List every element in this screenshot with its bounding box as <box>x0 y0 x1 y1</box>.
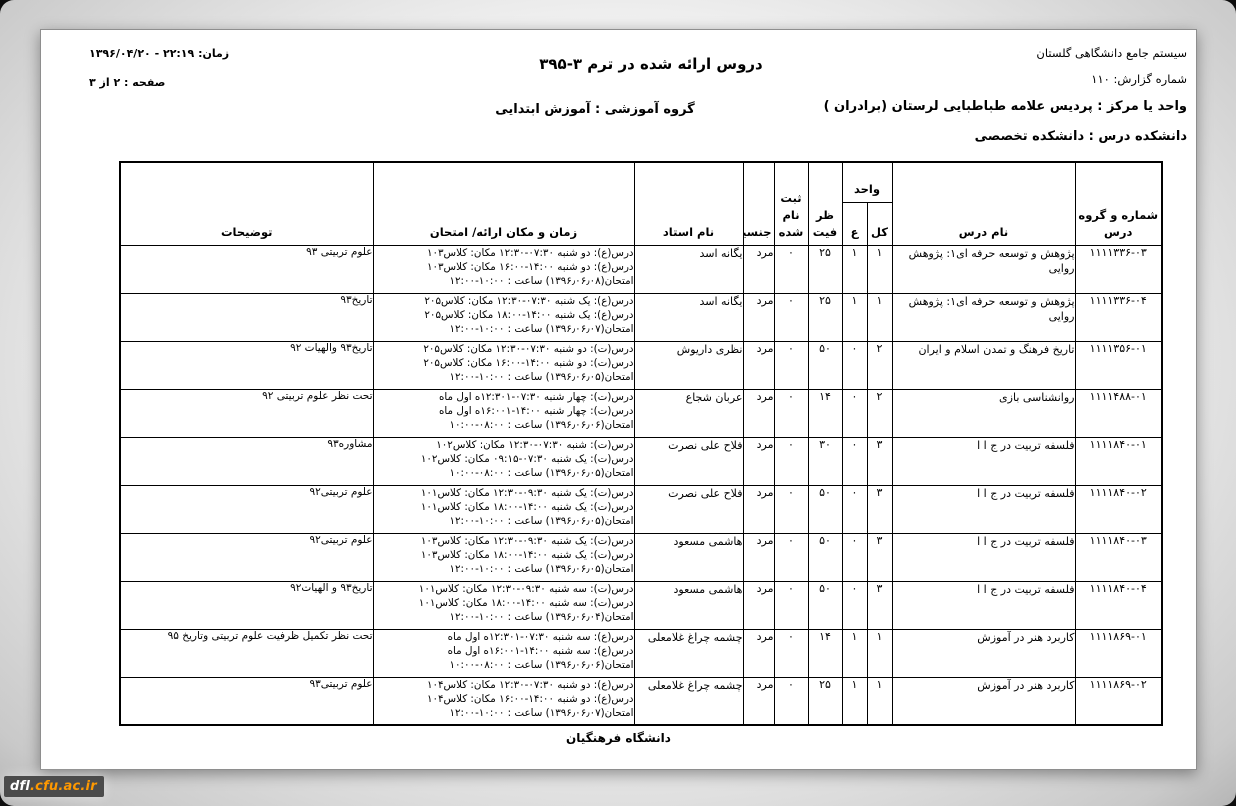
instructor-cell: هاشمی مسعود <box>634 581 743 629</box>
course-number-cell: ۱۱۱۱۸۶۹-۰۲ <box>1075 677 1162 725</box>
report-time: زمان: ۲۲:۱۹ - ۱۳۹۶/۰۴/۲۰ <box>89 47 279 60</box>
course-row: ۱۱۱۱۸۴۰-۰۱فلسفه تربیت در ج ا ا۳۰۳۰۰مردفل… <box>120 437 1162 485</box>
schedule-line: درس(ت): شنبه ۰۷:۳۰-۱۲:۳۰ مکان: کلاس۱۰۲ <box>374 438 634 452</box>
notes-cell: تحت نظر تکمیل ظرفیت علوم تربیتی وتاریخ ۹… <box>120 629 373 677</box>
course-row: ۱۱۱۱۸۶۹-۰۱کاربرد هنر در آموزش۱۱۱۴۰مردچشم… <box>120 629 1162 677</box>
schedule-line: درس(ت): چهار شنبه ۱۴:۰۰-۱۶:۰۰۱ه اول ماه <box>374 404 634 418</box>
course-number-cell: ۱۱۱۱۸۴۰-۰۳ <box>1075 533 1162 581</box>
schedule-line: درس(ع): یک شنبه ۰۷:۳۰-۱۲:۳۰ مکان: کلاس۲۰… <box>374 294 634 308</box>
course-row: ۱۱۱۱۸۴۰-۰۴فلسفه تربیت در ج ا ا۳۰۵۰۰مردها… <box>120 581 1162 629</box>
notes-cell: مشاوره۹۳ <box>120 437 373 485</box>
units-total-cell: ۱ <box>867 293 892 341</box>
registered-cell: ۰ <box>774 629 808 677</box>
units-total-cell: ۳ <box>867 437 892 485</box>
col-header-schedule: زمان و مکان ارائه/ امتحان <box>373 162 634 245</box>
schedule-cell: درس(ع): سه شنبه ۰۷:۳۰-۱۲:۳۰۱ه اول ماهدرس… <box>373 629 634 677</box>
instructor-cell: فلاح علی نصرت <box>634 485 743 533</box>
course-row: ۱۱۱۱۸۴۰-۰۳فلسفه تربیت در ج ا ا۳۰۵۰۰مردها… <box>120 533 1162 581</box>
schedule-line: درس(ع): یک شنبه ۱۴:۰۰-۱۸:۰۰ مکان: کلاس۲۰… <box>374 308 634 322</box>
capacity-cell: ۱۴ <box>808 629 842 677</box>
units-total-cell: ۲ <box>867 341 892 389</box>
instructor-cell: یگانه اسد <box>634 245 743 293</box>
registered-cell: ۰ <box>774 581 808 629</box>
gender-cell: مرد <box>743 677 774 725</box>
instructor-cell: یگانه اسد <box>634 293 743 341</box>
courses-table: شماره و گروه درس نام درس واحد ظر فیت ثبت… <box>119 161 1163 726</box>
notes-cell: علوم تربیتی۹۲ <box>120 533 373 581</box>
schedule-line: امتحان(۱۳۹۶٫۰۶٫۰۵) ساعت : ۱۰:۰۰-۱۲:۰۰ <box>374 562 634 576</box>
course-number-cell: ۱۱۱۱۳۵۶-۰۱ <box>1075 341 1162 389</box>
schedule-cell: درس(ت): چهار شنبه ۰۷:۳۰-۱۲:۳۰۱ه اول ماهد… <box>373 389 634 437</box>
gender-cell: مرد <box>743 629 774 677</box>
schedule-cell: درس(ت): سه شنبه ۰۹:۳۰-۱۲:۳۰ مکان: کلاس۱۰… <box>373 581 634 629</box>
notes-cell: تاریخ۹۳ والهیات ۹۲ <box>120 341 373 389</box>
units-practical-cell: ۱ <box>842 293 867 341</box>
report-title: دروس ارائه شده در ترم ۳-۳۹۵ <box>441 55 861 73</box>
units-practical-cell: ۰ <box>842 533 867 581</box>
units-practical-cell: ۱ <box>842 629 867 677</box>
col-header-registered: ثبت نام شده <box>774 162 808 245</box>
col-header-capacity: ظر فیت <box>808 162 842 245</box>
gender-cell: مرد <box>743 485 774 533</box>
units-total-cell: ۲ <box>867 389 892 437</box>
notes-cell: علوم تربیتی ۹۳ <box>120 245 373 293</box>
course-name-cell: پژوهش و توسعه حرفه ای۱: پژوهش روایی <box>892 245 1075 293</box>
instructor-cell: فلاح علی نصرت <box>634 437 743 485</box>
registered-cell: ۰ <box>774 533 808 581</box>
capacity-cell: ۵۰ <box>808 341 842 389</box>
registered-cell: ۰ <box>774 389 808 437</box>
course-name-cell: فلسفه تربیت در ج ا ا <box>892 485 1075 533</box>
units-practical-cell: ۱ <box>842 677 867 725</box>
schedule-cell: درس(ت): یک شنبه ۰۹:۳۰-۱۲:۳۰ مکان: کلاس۱۰… <box>373 485 634 533</box>
capacity-cell: ۳۰ <box>808 437 842 485</box>
schedule-cell: درس(ت): شنبه ۰۷:۳۰-۱۲:۳۰ مکان: کلاس۱۰۲در… <box>373 437 634 485</box>
units-practical-cell: ۰ <box>842 581 867 629</box>
schedule-line: درس(ت): یک شنبه ۱۴:۰۰-۱۸:۰۰ مکان: کلاس۱۰… <box>374 500 634 514</box>
units-total-cell: ۳ <box>867 581 892 629</box>
system-name: سیستم جامع دانشگاهی گلستان <box>1036 46 1187 60</box>
col-header-units: واحد <box>842 162 892 202</box>
registered-cell: ۰ <box>774 293 808 341</box>
schedule-line: امتحان(۱۳۹۶٫۰۶٫۰۵) ساعت : ۰۸:۰۰-۱۰:۰۰ <box>374 466 634 480</box>
registered-cell: ۰ <box>774 437 808 485</box>
schedule-line: درس(ت): یک شنبه ۰۹:۳۰-۱۲:۳۰ مکان: کلاس۱۰… <box>374 486 634 500</box>
schedule-line: درس(ت): یک شنبه ۰۹:۳۰-۱۲:۳۰ مکان: کلاس۱۰… <box>374 534 634 548</box>
gender-cell: مرد <box>743 245 774 293</box>
capacity-cell: ۲۵ <box>808 293 842 341</box>
capacity-cell: ۲۵ <box>808 245 842 293</box>
schedule-line: امتحان(۱۳۹۶٫۰۶٫۰۶) ساعت : ۰۸:۰۰-۱۰:۰۰ <box>374 658 634 672</box>
col-header-instructor: نام استاد <box>634 162 743 245</box>
schedule-line: درس(ع): دو شنبه ۱۴:۰۰-۱۶:۰۰ مکان: کلاس۱۰… <box>374 692 634 706</box>
report-number: شماره گزارش: ۱۱۰ <box>1091 72 1187 86</box>
education-group: گروه آموزشی : آموزش ابتدایی <box>385 102 805 117</box>
instructor-cell: چشمه چراغ غلامعلی <box>634 629 743 677</box>
col-header-units-total: کل <box>867 202 892 245</box>
schedule-line: درس(ت): دو شنبه ۱۴:۰۰-۱۶:۰۰ مکان: کلاس۲۰… <box>374 356 634 370</box>
units-practical-cell: ۰ <box>842 389 867 437</box>
schedule-cell: درس(ع): دو شنبه ۰۷:۳۰-۱۲:۳۰ مکان: کلاس۱۰… <box>373 677 634 725</box>
registered-cell: ۰ <box>774 677 808 725</box>
schedule-line: درس(ت): چهار شنبه ۰۷:۳۰-۱۲:۳۰۱ه اول ماه <box>374 390 634 404</box>
units-practical-cell: ۰ <box>842 485 867 533</box>
course-name-cell: روانشناسی بازی <box>892 389 1075 437</box>
instructor-cell: هاشمی مسعود <box>634 533 743 581</box>
col-header-course-name: نام درس <box>892 162 1075 245</box>
units-practical-cell: ۱ <box>842 245 867 293</box>
course-number-cell: ۱۱۱۱۸۴۰-۰۴ <box>1075 581 1162 629</box>
university-footer: دانشگاه فرهنگیان <box>41 731 1196 745</box>
course-row: ۱۱۱۱۳۳۶-۰۴پژوهش و توسعه حرفه ای۱: پژوهش … <box>120 293 1162 341</box>
site-watermark-badge: dfl.cfu.ac.ir <box>4 776 104 797</box>
report-page: سیستم جامع دانشگاهی گلستان شماره گزارش: … <box>40 29 1197 770</box>
gender-cell: مرد <box>743 437 774 485</box>
notes-cell: تاریخ۹۳ <box>120 293 373 341</box>
course-number-cell: ۱۱۱۱۳۳۶-۰۴ <box>1075 293 1162 341</box>
page-indicator: صفحه : ۲ از ۳ <box>89 76 279 89</box>
gender-cell: مرد <box>743 533 774 581</box>
schedule-line: درس(ع): دو شنبه ۰۷:۳۰-۱۲:۳۰ مکان: کلاس۱۰… <box>374 246 634 260</box>
course-number-cell: ۱۱۱۱۸۶۹-۰۱ <box>1075 629 1162 677</box>
units-practical-cell: ۰ <box>842 437 867 485</box>
registered-cell: ۰ <box>774 485 808 533</box>
units-total-cell: ۱ <box>867 245 892 293</box>
notes-cell: علوم تربیتی۹۳ <box>120 677 373 725</box>
registered-cell: ۰ <box>774 341 808 389</box>
capacity-cell: ۲۵ <box>808 677 842 725</box>
report-screen: سیستم جامع دانشگاهی گلستان شماره گزارش: … <box>0 0 1236 806</box>
badge-suffix: .cfu.ac.ir <box>30 779 97 794</box>
course-row: ۱۱۱۱۸۴۰-۰۲فلسفه تربیت در ج ا ا۳۰۵۰۰مردفل… <box>120 485 1162 533</box>
schedule-line: امتحان(۱۳۹۶٫۰۶٫۰۵) ساعت : ۱۰:۰۰-۱۲:۰۰ <box>374 370 634 384</box>
units-total-cell: ۳ <box>867 533 892 581</box>
course-number-cell: ۱۱۱۱۳۳۶-۰۳ <box>1075 245 1162 293</box>
course-table-body: ۱۱۱۱۳۳۶-۰۳پژوهش و توسعه حرفه ای۱: پژوهش … <box>120 245 1162 725</box>
course-faculty: دانشکده درس : دانشکده تخصصی <box>975 129 1187 144</box>
schedule-line: درس(ت): سه شنبه ۰۹:۳۰-۱۲:۳۰ مکان: کلاس۱۰… <box>374 582 634 596</box>
schedule-line: درس(ت): یک شنبه ۱۴:۰۰-۱۸:۰۰ مکان: کلاس۱۰… <box>374 548 634 562</box>
instructor-cell: نظری داریوش <box>634 341 743 389</box>
gender-cell: مرد <box>743 293 774 341</box>
course-number-cell: ۱۱۱۱۸۴۰-۰۱ <box>1075 437 1162 485</box>
schedule-line: امتحان(۱۳۹۶٫۰۶٫۰۷) ساعت : ۱۰:۰۰-۱۲:۰۰ <box>374 322 634 336</box>
schedule-cell: درس(ع): دو شنبه ۰۷:۳۰-۱۲:۳۰ مکان: کلاس۱۰… <box>373 245 634 293</box>
col-header-units-practical: ع <box>842 202 867 245</box>
units-total-cell: ۱ <box>867 629 892 677</box>
capacity-cell: ۵۰ <box>808 533 842 581</box>
capacity-cell: ۱۴ <box>808 389 842 437</box>
instructor-cell: چشمه چراغ غلامعلی <box>634 677 743 725</box>
schedule-cell: درس(ع): یک شنبه ۰۷:۳۰-۱۲:۳۰ مکان: کلاس۲۰… <box>373 293 634 341</box>
course-number-cell: ۱۱۱۱۸۴۰-۰۲ <box>1075 485 1162 533</box>
schedule-line: امتحان(۱۳۹۶٫۰۶٫۰۴) ساعت : ۱۰:۰۰-۱۲:۰۰ <box>374 610 634 624</box>
units-practical-cell: ۰ <box>842 341 867 389</box>
schedule-line: درس(ت): یک شنبه ۰۷:۳۰-۰۹:۱۵ مکان: کلاس۱۰… <box>374 452 634 466</box>
schedule-line: درس(ع): دو شنبه ۱۴:۰۰-۱۶:۰۰ مکان: کلاس۱۰… <box>374 260 634 274</box>
notes-cell: تحت نظر علوم تربیتی ۹۲ <box>120 389 373 437</box>
units-total-cell: ۳ <box>867 485 892 533</box>
gender-cell: مرد <box>743 341 774 389</box>
schedule-line: درس(ت): سه شنبه ۱۴:۰۰-۱۸:۰۰ مکان: کلاس۱۰… <box>374 596 634 610</box>
notes-cell: علوم تربیتی۹۲ <box>120 485 373 533</box>
course-row: ۱۱۱۱۳۳۶-۰۳پژوهش و توسعه حرفه ای۱: پژوهش … <box>120 245 1162 293</box>
capacity-cell: ۵۰ <box>808 581 842 629</box>
course-number-cell: ۱۱۱۱۴۸۸-۰۱ <box>1075 389 1162 437</box>
schedule-line: درس(ع): دو شنبه ۰۷:۳۰-۱۲:۳۰ مکان: کلاس۱۰… <box>374 678 634 692</box>
course-name-cell: فلسفه تربیت در ج ا ا <box>892 581 1075 629</box>
schedule-line: درس(ع): سه شنبه ۱۴:۰۰-۱۶:۰۰۱ه اول ماه <box>374 644 634 658</box>
schedule-cell: درس(ت): دو شنبه ۰۷:۳۰-۱۲:۳۰ مکان: کلاس۲۰… <box>373 341 634 389</box>
course-name-cell: فلسفه تربیت در ج ا ا <box>892 533 1075 581</box>
course-row: ۱۱۱۱۳۵۶-۰۱تاریخ فرهنگ و تمدن اسلام و ایر… <box>120 341 1162 389</box>
instructor-cell: عربان شجاع <box>634 389 743 437</box>
capacity-cell: ۵۰ <box>808 485 842 533</box>
schedule-cell: درس(ت): یک شنبه ۰۹:۳۰-۱۲:۳۰ مکان: کلاس۱۰… <box>373 533 634 581</box>
schedule-line: امتحان(۱۳۹۶٫۰۶٫۰۷) ساعت : ۱۰:۰۰-۱۲:۰۰ <box>374 706 634 720</box>
course-row: ۱۱۱۱۴۸۸-۰۱روانشناسی بازی۲۰۱۴۰مردعربان شج… <box>120 389 1162 437</box>
unit-center: واحد یا مرکز : پردیس علامه طباطبایی لرست… <box>824 99 1187 114</box>
course-row: ۱۱۱۱۸۶۹-۰۲کاربرد هنر در آموزش۱۱۲۵۰مردچشم… <box>120 677 1162 725</box>
course-name-cell: کاربرد هنر در آموزش <box>892 629 1075 677</box>
schedule-line: درس(ع): سه شنبه ۰۷:۳۰-۱۲:۳۰۱ه اول ماه <box>374 630 634 644</box>
badge-prefix: dfl <box>10 779 30 794</box>
course-name-cell: تاریخ فرهنگ و تمدن اسلام و ایران <box>892 341 1075 389</box>
schedule-line: امتحان(۱۳۹۶٫۰۶٫۰۶) ساعت : ۰۸:۰۰-۱۰:۰۰ <box>374 418 634 432</box>
notes-cell: تاریخ۹۳ و الهیات۹۲ <box>120 581 373 629</box>
col-header-course-no: شماره و گروه درس <box>1075 162 1162 245</box>
schedule-line: درس(ت): دو شنبه ۰۷:۳۰-۱۲:۳۰ مکان: کلاس۲۰… <box>374 342 634 356</box>
course-name-cell: فلسفه تربیت در ج ا ا <box>892 437 1075 485</box>
registered-cell: ۰ <box>774 245 808 293</box>
units-total-cell: ۱ <box>867 677 892 725</box>
schedule-line: امتحان(۱۳۹۶٫۰۶٫۰۸) ساعت : ۱۰:۰۰-۱۲:۰۰ <box>374 274 634 288</box>
col-header-gender: جنسیت <box>743 162 774 245</box>
course-name-cell: پژوهش و توسعه حرفه ای۱: پژوهش روایی <box>892 293 1075 341</box>
schedule-line: امتحان(۱۳۹۶٫۰۶٫۰۵) ساعت : ۱۰:۰۰-۱۲:۰۰ <box>374 514 634 528</box>
gender-cell: مرد <box>743 581 774 629</box>
course-name-cell: کاربرد هنر در آموزش <box>892 677 1075 725</box>
gender-cell: مرد <box>743 389 774 437</box>
col-header-notes: توضیحات <box>120 162 373 245</box>
